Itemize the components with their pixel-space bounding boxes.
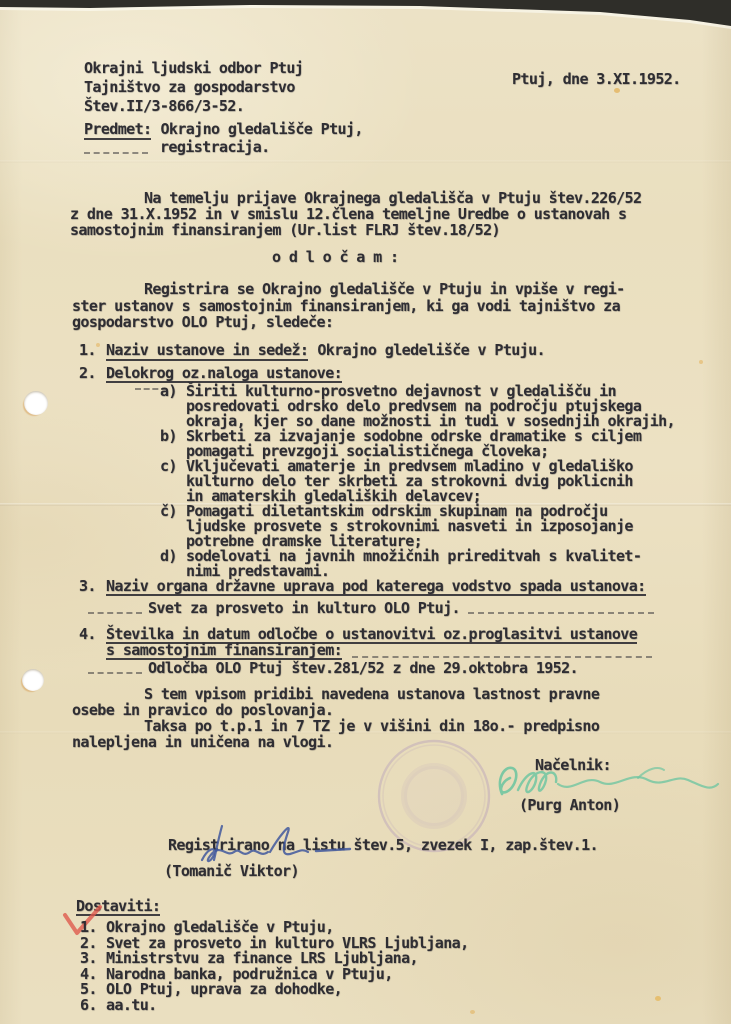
item3-heading: Naziv organa državne uprava pod katerega…: [106, 578, 646, 596]
punch-hole-top: [24, 391, 48, 415]
foxing-speck: [699, 360, 703, 364]
distribution-item-number: 1.: [80, 919, 97, 935]
subject-text: Okrajno gledališče Ptuj,: [160, 120, 362, 138]
dashed-leader: [84, 152, 148, 154]
item3-text: Svet za prosveto in kulturo OLO Ptuj.: [148, 600, 460, 616]
registrar-name: (Tomanič Viktor): [164, 863, 299, 879]
paper-sheet: Okrajni ljudski odbor Ptuj Tajništvo za …: [0, 0, 731, 1024]
distribution-item-text: Okrajno gledališče v Ptuju,: [106, 919, 334, 935]
org-name-line1: Okrajni ljudski odbor Ptuj: [84, 60, 303, 76]
dashed-leader: [352, 656, 652, 658]
subject-label: Predmet:: [84, 120, 151, 140]
subitem-c-label: c): [160, 458, 177, 474]
scanned-document-page: Okrajni ljudski odbor Ptuj Tajništvo za …: [0, 0, 731, 1024]
subject-text2: registracija.: [160, 139, 270, 155]
item4-text: Odločba OLO Ptuj štev.281/52 z dne 29.ok…: [148, 660, 578, 676]
subject-line: Predmet:Okrajno gledališče Ptuj,: [84, 121, 363, 137]
foxing-speck: [470, 1010, 475, 1014]
decree-word: o d l o č a m :: [272, 249, 398, 265]
distribution-item-text: Ministrstvu za finance LRS Ljubljana,: [106, 950, 418, 966]
subitem-b-label: b): [160, 428, 177, 444]
item2-heading: Delokrog oz.naloga ustanove:: [106, 365, 342, 383]
closing-line: nalepljena in uničena na vlogi.: [72, 734, 333, 750]
paper-crease: [0, 160, 731, 163]
dashed-leader: [88, 612, 142, 614]
intro-line: z dne 31.X.1952 in v smislu 12.člena tem…: [70, 206, 626, 222]
dashed-leader: [468, 612, 654, 614]
item2-number: 2.: [79, 365, 96, 381]
item4-number: 4.: [79, 626, 96, 642]
reference-number: Štev.II/3-866/3-52.: [84, 98, 244, 114]
subitem-d-label: d): [160, 548, 177, 564]
signatory-title: Načelnik:: [535, 757, 611, 773]
distribution-item-text: OLO Ptuj, uprava za dohodke,: [106, 981, 342, 997]
signatory-name: (Purg Anton): [519, 797, 620, 813]
subitem-a-label: a): [160, 383, 177, 399]
dashed-leader: [88, 672, 142, 674]
distribution-item-number: 6.: [80, 997, 97, 1013]
item4-heading-line2: s samostojnim finansiranjem:: [106, 642, 342, 660]
distribution-item-number: 5.: [80, 981, 97, 997]
distribution-item-text: aa.tu.: [106, 997, 157, 1013]
registration-line: Registrirano na listu štev.5, zvezek I, …: [168, 837, 598, 853]
distribution-heading: Dostaviti:: [76, 898, 160, 916]
item3-number: 3.: [79, 578, 96, 594]
punch-hole-bottom: [22, 669, 44, 691]
intro-line: Na temelju prijave Okrajnega gledališča …: [144, 190, 641, 206]
item1-text: Okrajno gledelišče v Ptuju.: [317, 341, 545, 359]
register-line: gospodarstvo OLO Ptuj, sledeče:: [72, 314, 333, 330]
closing-line: Taksa po t.p.1 in 7 TZ je v višini din 1…: [144, 718, 599, 734]
foxing-speck: [655, 996, 661, 1001]
document-date: Ptuj, dne 3.XI.1952.: [512, 71, 681, 87]
register-line: Registrira se Okrajno gledališče v Ptuju…: [144, 281, 625, 297]
subitem-ch-label: č): [160, 503, 177, 519]
register-line: ster ustanov s samostojnim finansiranjem…: [72, 298, 620, 314]
item1-heading: Naziv ustanove in sedež:: [106, 341, 308, 361]
closing-line: osebe in pravico do poslovanja.: [72, 702, 333, 718]
foxing-speck: [614, 88, 620, 93]
closing-line: S tem vpisom pridibi navedena ustanova l…: [144, 686, 599, 702]
intro-line: samostojnim finansiranjem (Ur.list FLRJ …: [70, 222, 500, 238]
distribution-item-number: 3.: [80, 950, 97, 966]
org-name-line2: Tajništvo za gospodarstvo: [84, 79, 295, 95]
item1-line: Naziv ustanove in sedež:Okrajno gledeliš…: [106, 342, 545, 358]
foxing-speck: [96, 343, 100, 347]
item1-number: 1.: [79, 342, 96, 358]
